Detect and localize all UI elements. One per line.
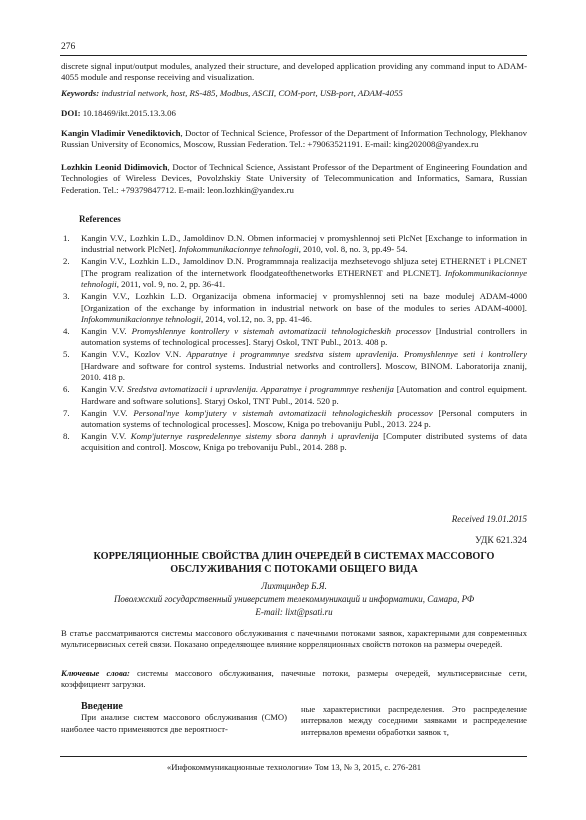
reference-number: 6. <box>63 384 70 395</box>
doi-label: DOI: <box>61 108 81 118</box>
reference-title: Sredstva avtomatizacii i upravlenija. Ap… <box>127 384 394 394</box>
reference-text: Kangin V.V. <box>81 326 132 336</box>
intro-left-text: При анализе систем массового обслуживани… <box>61 712 287 735</box>
keywords-ru-label: Ключевые слова: <box>61 668 130 678</box>
references-heading: References <box>79 214 121 224</box>
reference-text: Kangin V.V. <box>81 408 133 418</box>
reference-number: 1. <box>63 233 70 244</box>
reference-title: Komp'juternye raspredelennye sistemy sbo… <box>131 431 379 441</box>
author-info-2: Lozhkin Leonid Didimovich, Doctor of Tec… <box>61 162 527 196</box>
reference-number: 4. <box>63 326 70 337</box>
reference-number: 8. <box>63 431 70 442</box>
doi: DOI: 10.18469/ikt.2015.13.3.06 <box>61 108 527 119</box>
author-name: Lozhkin Leonid Didimovich <box>61 162 167 172</box>
abstract-ru: В статье рассматриваются системы массово… <box>61 628 527 650</box>
intro-right-column: ные характеристики распределения. Это ра… <box>301 704 527 738</box>
author-name: Kangin Vladimir Venediktovich <box>61 128 181 138</box>
reference-title: Apparatnye i programmnye sredstva sistem… <box>186 349 527 359</box>
page-number: 276 <box>61 42 75 52</box>
reference-item: 5.Kangin V.V., Kozlov V.N. Apparatnye i … <box>61 349 527 383</box>
reference-item: 3.Kangin V.V., Lozhkin L.D. Organizacija… <box>61 291 527 325</box>
abstract-tail: discrete signal input/output modules, an… <box>61 61 527 84</box>
udk-code: УДК 621.324 <box>475 536 527 546</box>
keywords-label: Keywords: <box>61 88 99 98</box>
reference-text: Kangin V.V., Lozhkin L.D. Organizacija o… <box>81 291 527 312</box>
reference-text: Kangin V.V. <box>81 431 131 441</box>
reference-item: 2.Kangin V.V., Lozhkin L.D., Jamoldinov … <box>61 256 527 290</box>
reference-details: , 2014, vol.12, no. 3, pp. 41-46. <box>201 314 312 324</box>
reference-title: Personal'nye komp'jutery v sistemah avto… <box>133 408 432 418</box>
reference-item: 8.Kangin V.V. Komp'juternye raspredelenn… <box>61 431 527 454</box>
intro-heading: Введение <box>61 701 287 712</box>
reference-item: 6.Kangin V.V. Sredstva avtomatizacii i u… <box>61 384 527 407</box>
author-info-1: Kangin Vladimir Venediktovich, Doctor of… <box>61 128 527 151</box>
reference-number: 5. <box>63 349 70 360</box>
received-date: Received 19.01.2015 <box>452 514 527 524</box>
intro-left-column: Введение При анализе систем массового об… <box>61 701 287 735</box>
keywords-en: Keywords: industrial network, host, RS-4… <box>61 88 527 99</box>
keywords-ru: Ключевые слова: системы массового обслуж… <box>61 668 527 690</box>
reference-text: Kangin V.V. <box>81 384 127 394</box>
reference-details: [Hardware and software for control syste… <box>81 361 527 382</box>
reference-item: 4.Kangin V.V. Promyshlennye kontrollery … <box>61 326 527 349</box>
reference-item: 7.Kangin V.V. Personal'nye komp'jutery v… <box>61 408 527 431</box>
header-rule <box>60 55 527 56</box>
reference-text: Kangin V.V., Kozlov V.N. <box>81 349 186 359</box>
reference-title: Infokommunikacionnye tehnologii <box>179 244 299 254</box>
keywords-text: industrial network, host, RS-485, Modbus… <box>99 88 403 98</box>
reference-number: 2. <box>63 256 70 267</box>
references-list: 1.Kangin V.V., Lozhkin L.D., Jamoldinov … <box>61 233 527 454</box>
affiliation-ru: Поволжский государственный университет т… <box>61 594 527 604</box>
footer-rule <box>60 756 527 757</box>
doi-value: 10.18469/ikt.2015.13.3.06 <box>81 108 176 118</box>
intro-right-text: ные характеристики распределения. Это ра… <box>301 704 527 738</box>
author-ru: Лихтциндер Б.Я. <box>61 581 527 591</box>
email-ru: E-mail: lixt@psati.ru <box>61 607 527 617</box>
reference-number: 7. <box>63 408 70 419</box>
reference-number: 3. <box>63 291 70 302</box>
reference-title: Infokommunikacionnye tehnologii <box>81 314 201 324</box>
article-title: КОРРЕЛЯЦИОННЫЕ СВОЙСТВА ДЛИН ОЧЕРЕДЕЙ В … <box>61 551 527 576</box>
reference-details: , 2010, vol. 8, no. 3, pp.49- 54. <box>299 244 408 254</box>
reference-details: , 2011, vol. 9, no. 2, pp. 36-41. <box>117 279 225 289</box>
reference-item: 1.Kangin V.V., Lozhkin L.D., Jamoldinov … <box>61 233 527 256</box>
journal-footer: «Инфокоммуникационные технологии» Том 13… <box>61 762 527 772</box>
keywords-ru-text: системы массового обслуживания, пачечные… <box>61 668 527 689</box>
reference-title: Promyshlennye kontrollery v sistemah avt… <box>132 326 431 336</box>
